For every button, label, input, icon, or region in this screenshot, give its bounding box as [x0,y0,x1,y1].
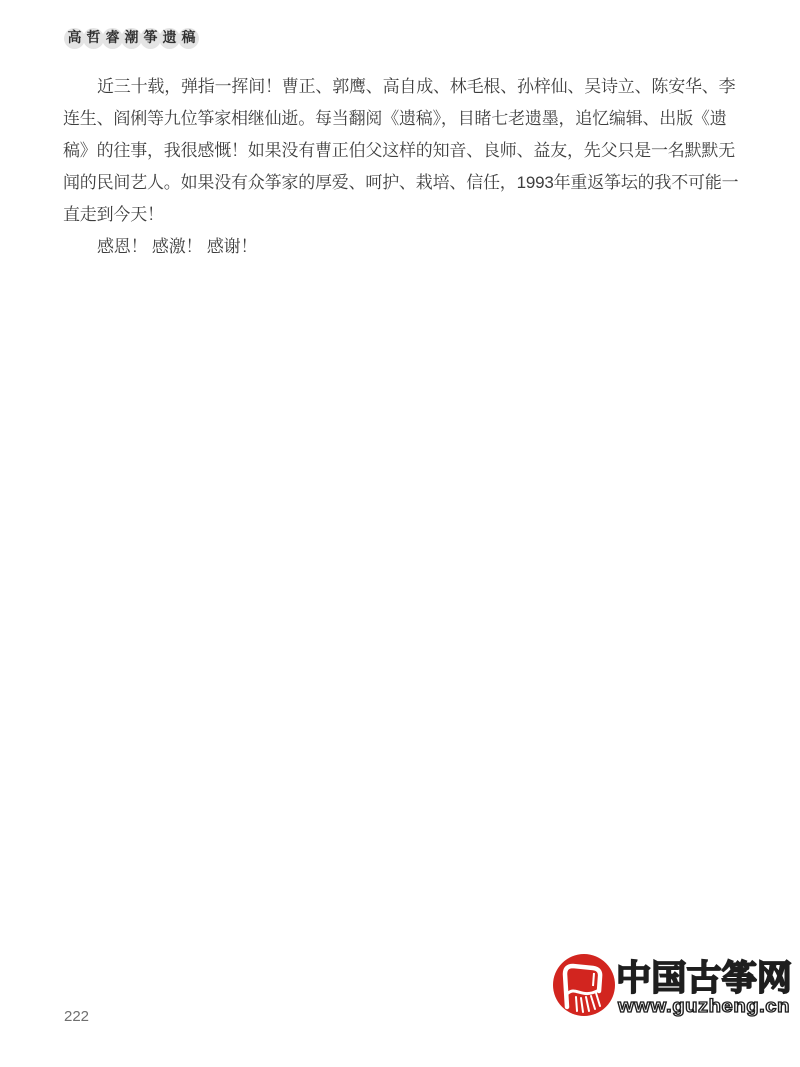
paragraph-thanks: 感恩！ 感激！ 感谢！ [63,231,747,263]
title-char: 筝 [140,28,161,49]
body-text: 近三十载，弹指一挥间！曹正、郭鹰、高自成、林毛根、孙梓仙、吴诗立、陈安华、李连生… [63,71,747,263]
guzheng-logo-icon [552,953,616,1017]
paragraph-memorial: 近三十载，弹指一挥间！曹正、郭鹰、高自成、林毛根、孙梓仙、吴诗立、陈安华、李连生… [63,71,747,231]
guzheng-site-watermark: 中国古筝网 www.guzheng.cn [552,951,794,1017]
page-number: 222 [64,1008,89,1025]
title-char: 遗 [159,28,180,49]
title-char: 睿 [102,28,123,49]
book-title: 高 哲 睿 潮 筝 遗 稿 [64,28,197,49]
title-char: 哲 [83,28,104,49]
logo-text-block: 中国古筝网 www.guzheng.cn [616,953,794,1017]
title-char: 高 [64,28,85,49]
title-char: 稿 [178,28,199,49]
site-name: 中国古筝网 [616,959,792,998]
title-char: 潮 [121,28,142,49]
site-url: www.guzheng.cn [617,995,790,1016]
